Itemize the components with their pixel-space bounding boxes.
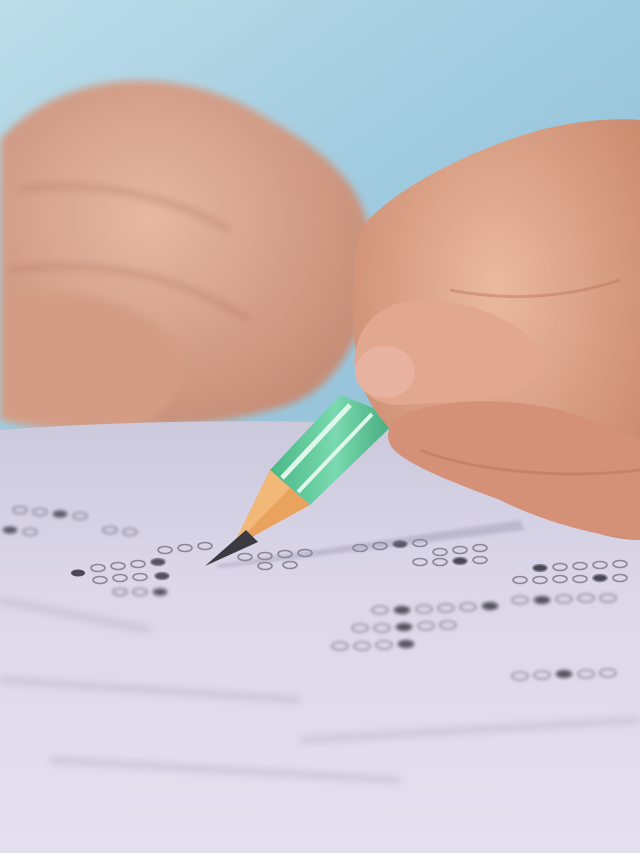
thumbnail: [355, 346, 415, 398]
photo-scene: [0, 0, 640, 853]
photo-illustration: [0, 0, 640, 853]
